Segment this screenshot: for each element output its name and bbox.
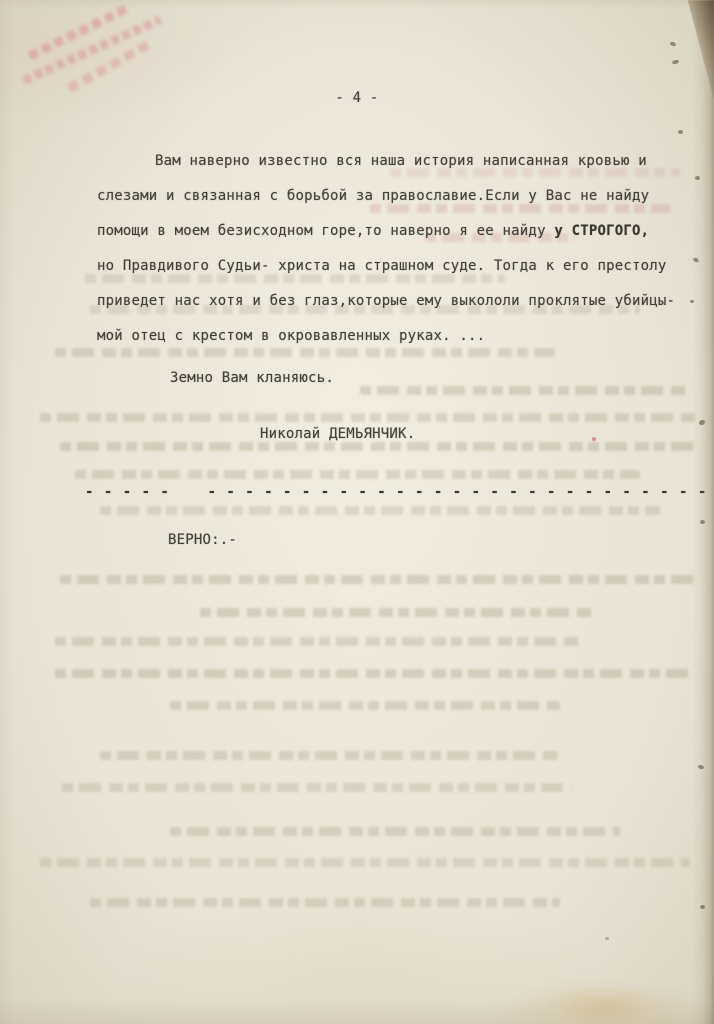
emphasized-text: у СТРОГОГО, (554, 223, 649, 239)
bleedthrough-line (100, 751, 560, 760)
closing-line: Земно Вам кланяюсь. (170, 370, 334, 386)
paper-speck (605, 937, 609, 940)
bleedthrough-line (75, 470, 640, 479)
dashed-separator: - - - - - - - - - - - - - - - - - - - - … (85, 484, 714, 500)
bleedthrough-line (100, 506, 660, 515)
paper-speck (672, 59, 680, 65)
bleedthrough-line (200, 608, 595, 617)
paragraph-line: приведет нас хотя и без глаз,которые ему… (97, 293, 675, 309)
paper-speck (700, 905, 705, 909)
bleedthrough-line (40, 413, 695, 422)
paragraph-line: помощи в моем безисходном горе,то наверн… (97, 223, 649, 239)
bleedthrough-line (55, 669, 690, 678)
paper-speck (700, 520, 705, 524)
red-speck (592, 437, 596, 441)
bleedthrough-line (360, 386, 690, 395)
bleedthrough-line (60, 575, 695, 584)
paper-speck (678, 130, 683, 134)
page-right-edge-shadow (692, 0, 714, 1024)
bleedthrough-line (60, 442, 700, 451)
paragraph-line: Вам наверно известно вся наша история на… (155, 153, 647, 169)
bleedthrough-line (90, 898, 560, 907)
certification-mark: ВЕРНО:.- (168, 532, 237, 548)
bleedthrough-line (170, 827, 620, 836)
bleedthrough-line (170, 701, 560, 710)
paper-speck (695, 176, 700, 180)
paper-speck (690, 300, 694, 303)
bleedthrough-line (85, 274, 505, 283)
bleedthrough-line (40, 858, 690, 867)
paper-stain (545, 985, 665, 1024)
bleedthrough-line (370, 204, 670, 213)
bleedthrough-line (55, 348, 555, 357)
bleedthrough-line (62, 783, 572, 792)
bleedthrough-line (55, 637, 580, 646)
paper-speck (669, 41, 676, 47)
page-number: - 4 - (0, 90, 714, 106)
paragraph-line: мой отец с крестом в окровавленных руках… (97, 328, 485, 344)
paragraph-line-text: помощи в моем безисходном горе,то наверн… (97, 223, 554, 239)
paragraph-line: но Правдивого Судьи- христа на страшном … (97, 258, 667, 274)
signature-name: Николай ДЕМЬЯНЧИК. (260, 426, 415, 442)
document-page: - 4 - Вам наверно известно вся наша исто… (0, 0, 714, 1024)
paragraph-line: слезами и связанная с борьбой за правосл… (97, 188, 649, 204)
red-stamp-residue (0, 0, 202, 137)
bleedthrough-line (390, 168, 680, 177)
